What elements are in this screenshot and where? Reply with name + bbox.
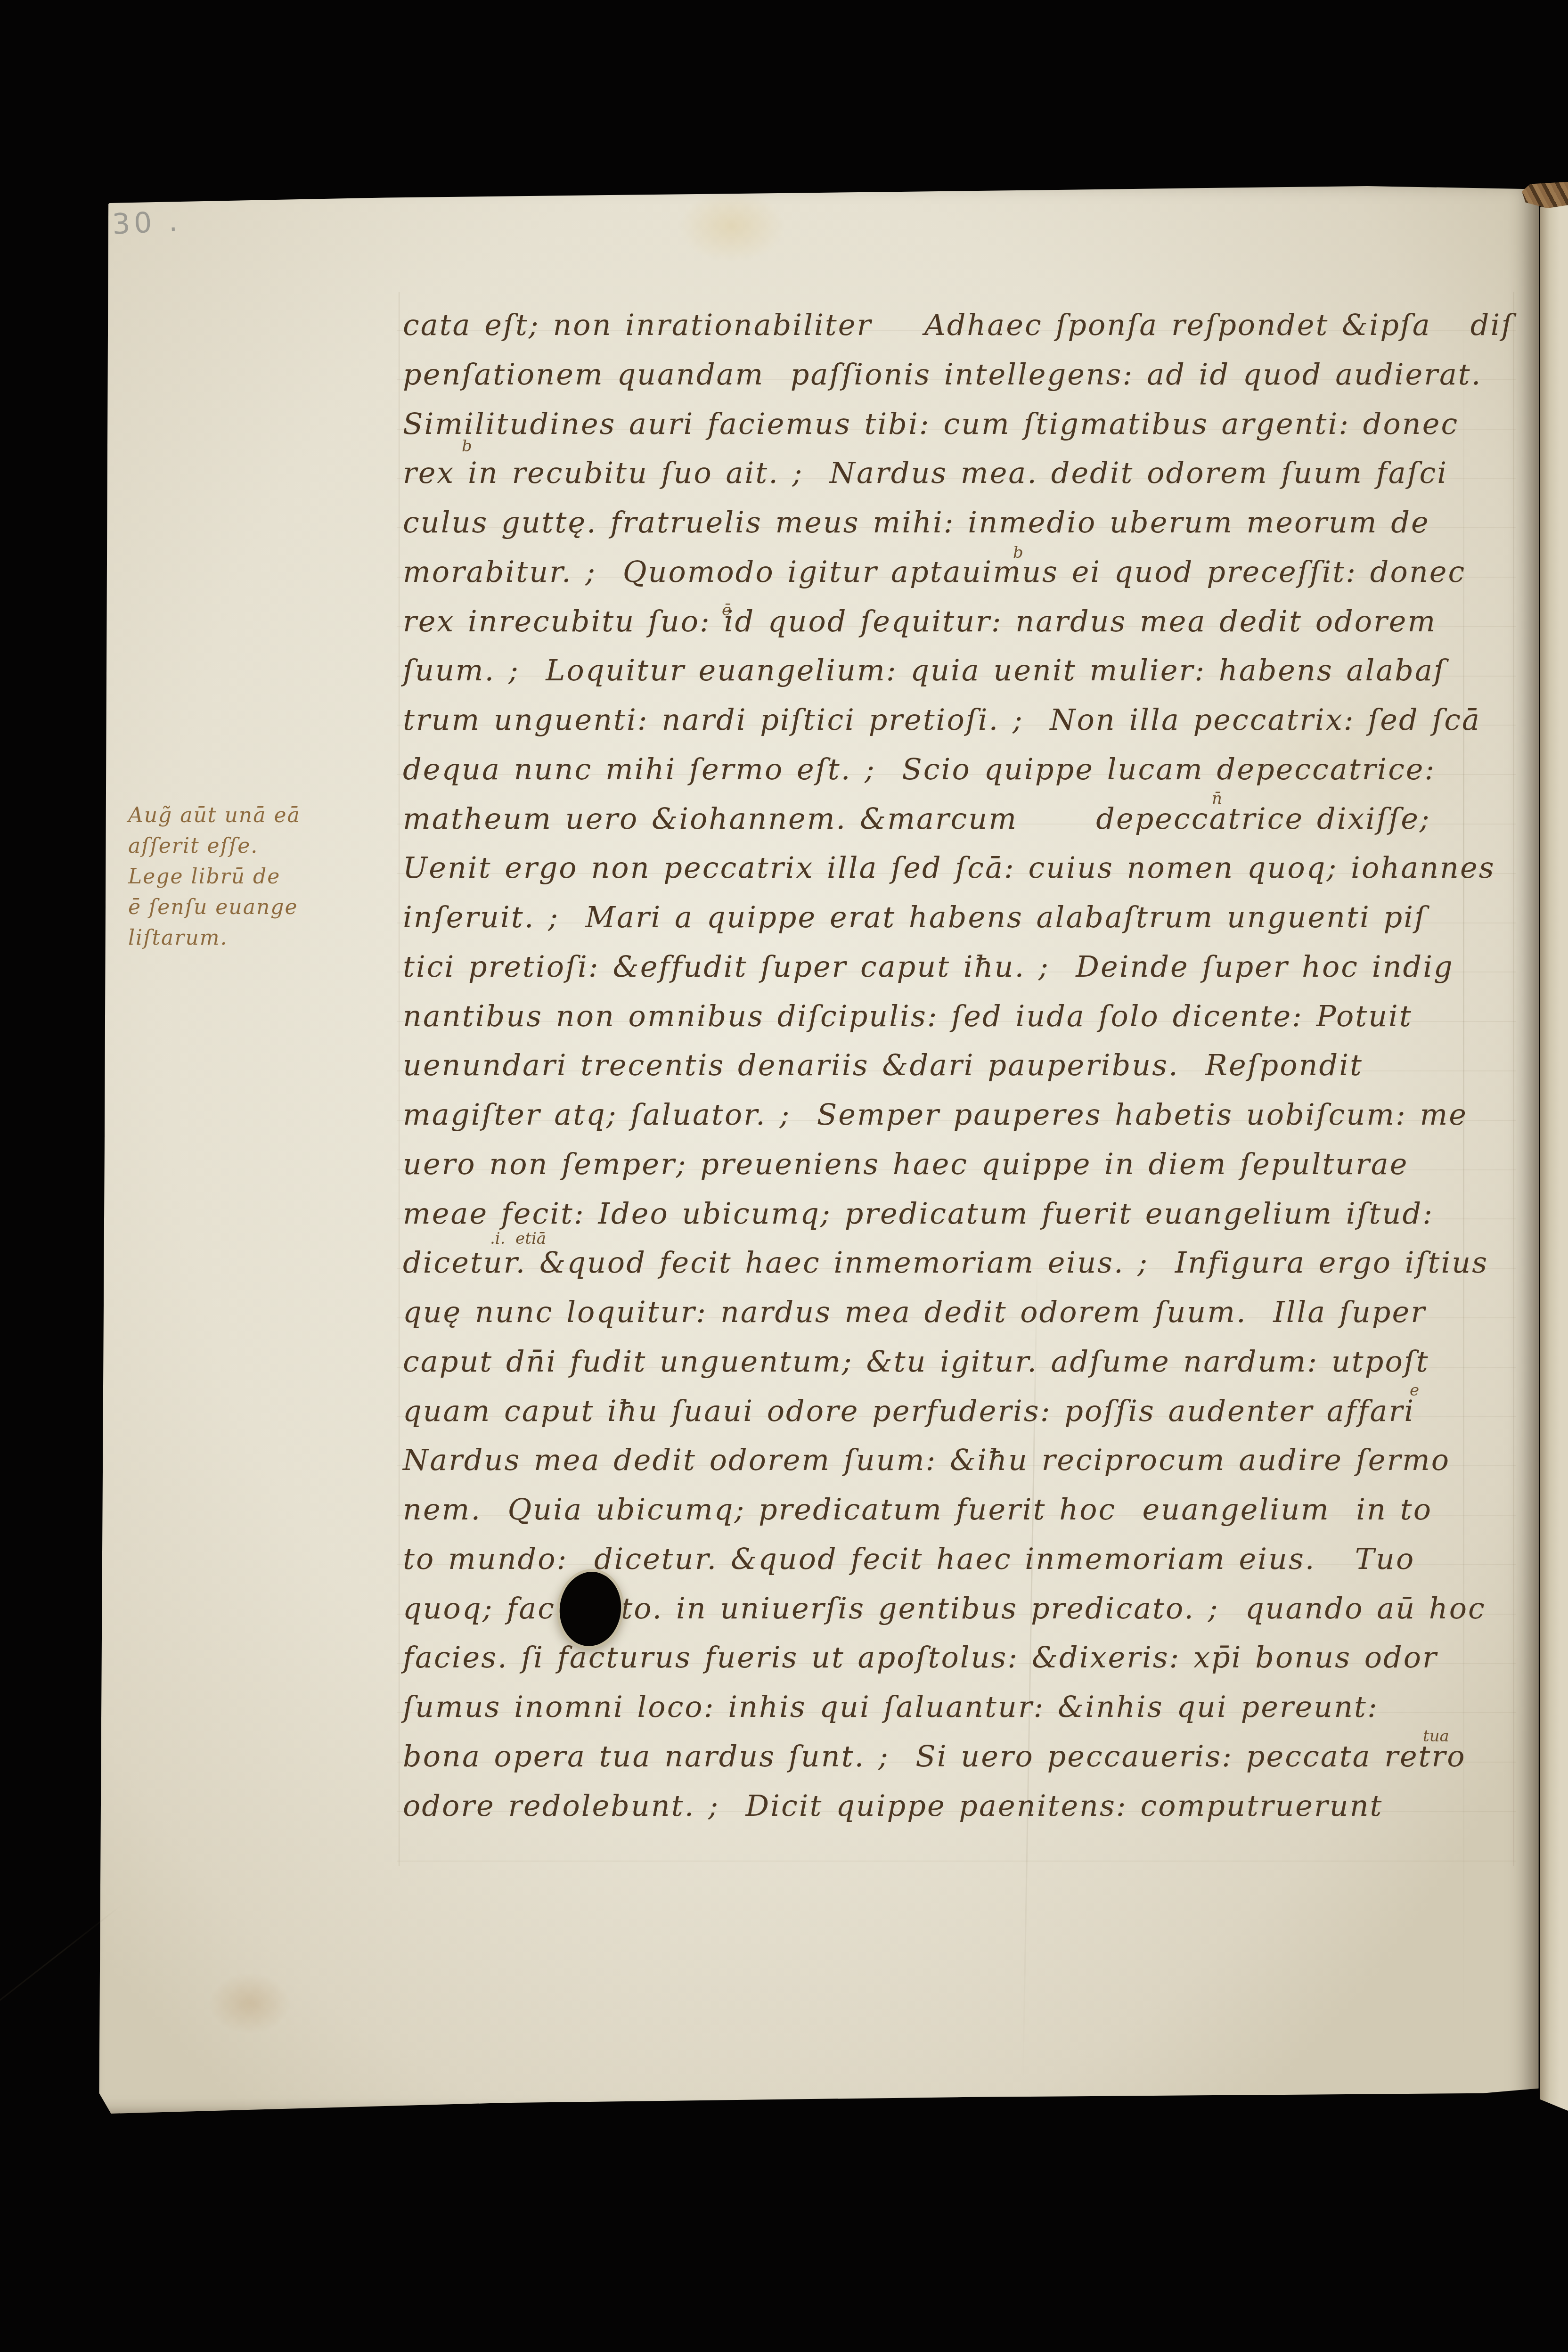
interlinear-gloss: e: [1410, 1382, 1419, 1398]
manuscript-photo: 30 . cata eſt; non inrationabiliter Adha…: [0, 0, 1568, 2352]
margin-note-line: Lege librū de: [128, 866, 280, 887]
text-line: ſumus inomni loco: inhis qui ſaluantur: …: [403, 1692, 1534, 1722]
text-line: Similitudines auri faciemus tibi: cum ſt…: [403, 409, 1534, 439]
facing-page-edge: [1540, 192, 1568, 2111]
text-line: quę nunc loquitur: nardus mea dedit odor…: [403, 1298, 1534, 1327]
text-line: matheum uero &iohannem. &marcum depeccat…: [403, 804, 1534, 833]
margin-note-line: Aug̃ aūt unā eā: [128, 805, 301, 826]
text-line: uenundari trecentis denariis &dari paupe…: [403, 1051, 1534, 1080]
text-line: Nardus mea dedit odorem ſuum: &iħu recip…: [403, 1445, 1534, 1475]
text-line: quam caput iħu ſuaui odore perfuderis: p…: [403, 1396, 1534, 1426]
text-line: bona opera tua nardus ſunt. ; Si uero pe…: [403, 1742, 1534, 1771]
text-line: cata eſt; non inrationabiliter Adhaec ſp…: [403, 310, 1534, 340]
text-line: nem. Quia ubicumq; predicatum fuerit hoc…: [403, 1495, 1534, 1524]
text-line: dicetur. &quod fecit haec inmemoriam eiu…: [403, 1248, 1534, 1277]
interlinear-gloss: n̄: [1212, 791, 1222, 807]
text-line: trum unguenti: nardi piſtici pretioſi. ;…: [403, 705, 1534, 735]
margin-note-line: aſſerit eſſe.: [128, 836, 258, 857]
interlinear-gloss: .i. etiā: [490, 1231, 546, 1247]
margin-note-line: liſtarum.: [128, 928, 228, 948]
text-line: to mundo: dicetur. &quod fecit haec inme…: [403, 1544, 1534, 1574]
text-line: caput dn̄i fudit unguentum; &tu igitur. …: [403, 1347, 1534, 1376]
text-line: Uenit ergo non peccatrix illa ſed ſcā: c…: [403, 853, 1534, 882]
ruling-vertical-left: [399, 292, 400, 1866]
text-line: facies. ſi facturus fueris ut apoſtolus:…: [403, 1643, 1534, 1672]
text-line: inſeruit. ; Mari a quippe erat habens al…: [403, 903, 1534, 932]
text-line: tici pretioſi: &effudit ſuper caput iħu.…: [403, 952, 1534, 981]
folio-number: 30 .: [111, 204, 182, 241]
interlinear-gloss: b: [1013, 545, 1023, 561]
text-line: rex in recubitu ſuo ait. ; Nardus mea. d…: [403, 458, 1534, 488]
interlinear-gloss: ē: [722, 602, 731, 618]
text-line: culus guttę. fratruelis meus mihi: inmed…: [403, 508, 1534, 537]
text-line: magiſter atq; ſaluator. ; Semper paupere…: [403, 1100, 1534, 1129]
margin-note-line: ē ſenſu euange: [128, 897, 298, 918]
text-line: rex inrecubitu ſuo: id quod ſequitur: na…: [403, 607, 1534, 636]
interlinear-gloss: b: [462, 438, 472, 454]
text-line: meae fecit: Ideo ubicumq; predicatum fue…: [403, 1199, 1534, 1228]
text-line: uero non ſemper; preueniens haec quippe …: [403, 1150, 1534, 1179]
text-line: odore redolebunt. ; Dicit quippe paenite…: [403, 1791, 1534, 1821]
text-line: ſuum. ; Loquitur euangelium: quia uenit …: [403, 656, 1534, 685]
text-line: dequa nunc mihi ſermo eſt. ; Scio quippe…: [403, 755, 1534, 784]
interlinear-gloss: tua: [1423, 1728, 1449, 1744]
text-line: penſationem quandam paſſionis intellegen…: [403, 360, 1534, 389]
text-line: morabitur. ; Quomodo igitur aptauimus ei…: [403, 557, 1534, 587]
text-line: nantibus non omnibus diſcipulis: ſed iud…: [403, 1002, 1534, 1031]
